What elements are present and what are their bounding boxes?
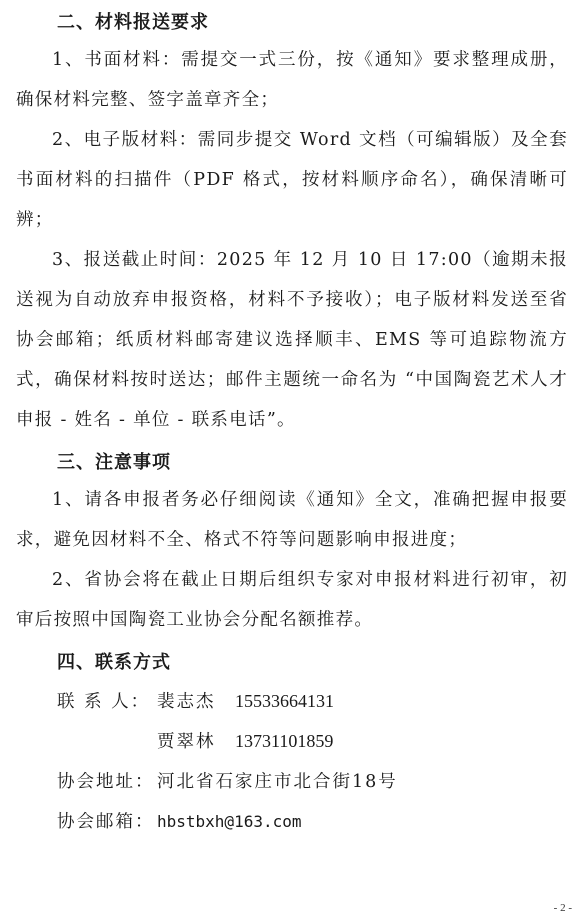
page-number: - 2 - — [554, 902, 572, 914]
contact-phone: 15533664131 — [235, 691, 334, 712]
paragraph-written-materials: 1、书面材料：需提交一式三份，按《通知》要求整理成册，确保材料完整、签字盖章齐全… — [16, 40, 568, 120]
section-heading-submission-requirements: 二、材料报送要求 — [57, 8, 209, 34]
email-label: 协会邮箱： — [57, 808, 157, 833]
contacts-label: 联 系 人： — [57, 688, 157, 713]
contact-phone: 13731101859 — [235, 731, 333, 752]
paragraph-deadline: 3、报送截止时间：2025 年 12 月 10 日 17:00（逾期未报送视为自… — [16, 240, 568, 440]
email-row: 协会邮箱：hbstbxh@163.com — [57, 808, 302, 833]
document-page: 二、材料报送要求 1、书面材料：需提交一式三份，按《通知》要求整理成册，确保材料… — [0, 0, 582, 920]
contact-name: 贾翠林 — [157, 728, 235, 753]
paragraph-note-read-notice: 1、请各申报者务必仔细阅读《通知》全文，准确把握申报要求，避免因材料不全、格式不… — [16, 480, 568, 560]
contact-row-1: 联 系 人：裴志杰15533664131 — [57, 688, 334, 713]
address-value: 河北省石家庄市北合街18号 — [157, 772, 398, 792]
paragraph-note-review: 2、省协会将在截止日期后组织专家对申报材料进行初审，初审后按照中国陶瓷工业协会分… — [16, 560, 568, 640]
address-label: 协会地址： — [57, 768, 157, 793]
address-row: 协会地址：河北省石家庄市北合街18号 — [57, 768, 398, 793]
contact-name: 裴志杰 — [157, 688, 235, 713]
section-heading-contact: 四、联系方式 — [57, 648, 171, 674]
email-value: hbstbxh@163.com — [157, 812, 302, 831]
contact-row-2: 贾翠林13731101859 — [57, 728, 333, 753]
section-heading-notes: 三、注意事项 — [57, 448, 171, 474]
paragraph-electronic-materials: 2、电子版材料：需同步提交 Word 文档（可编辑版）及全套书面材料的扫描件（P… — [16, 120, 568, 240]
